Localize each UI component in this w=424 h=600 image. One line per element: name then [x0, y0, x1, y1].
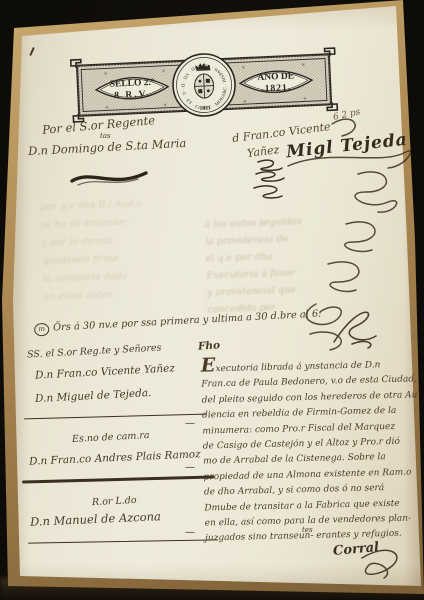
sello-label: SELLO 2.º	[110, 78, 155, 90]
flourish-swoosh	[68, 163, 152, 191]
margin-tick: —	[185, 527, 195, 538]
margin-relator-title: R.or L.do	[92, 495, 137, 508]
margin-tick: —	[185, 462, 195, 473]
svg-text:✳: ✳	[161, 69, 165, 75]
grantor-superscript: tas	[100, 132, 111, 140]
svg-text:✳: ✳	[301, 62, 305, 68]
year-label: .1821.	[261, 83, 291, 94]
svg-text:✳: ✳	[103, 71, 107, 77]
coat-of-arms	[194, 74, 214, 99]
svg-text:✳: ✳	[243, 99, 247, 105]
body-superscript: tes	[302, 526, 313, 534]
bleedthrough-left: por q.e dha R.l Aud.a se ha de entender …	[40, 193, 194, 306]
margin-tick: —	[185, 418, 195, 429]
closing-rubric	[340, 540, 410, 582]
body-heading: Fho	[198, 339, 221, 353]
svg-text:✳: ✳	[105, 105, 109, 111]
svg-text:✳: ✳	[241, 65, 245, 71]
svg-text:✳: ✳	[303, 96, 307, 102]
body-paragraph: Executoria librada á ynstancia de D.n Fr…	[201, 353, 416, 547]
svg-text:✳: ✳	[163, 103, 167, 109]
reales-label: 8 R.V.	[114, 89, 151, 101]
scribe-monogram: m	[34, 323, 50, 337]
seal-year: 1821	[200, 105, 211, 111]
photograph-of-document: ✳✳ ✳✳ ✳✳ ✳✳ SELLO 2.º 8 R.V. AÑO DE .182…	[0, 0, 424, 600]
date-line-flourish	[322, 288, 386, 350]
